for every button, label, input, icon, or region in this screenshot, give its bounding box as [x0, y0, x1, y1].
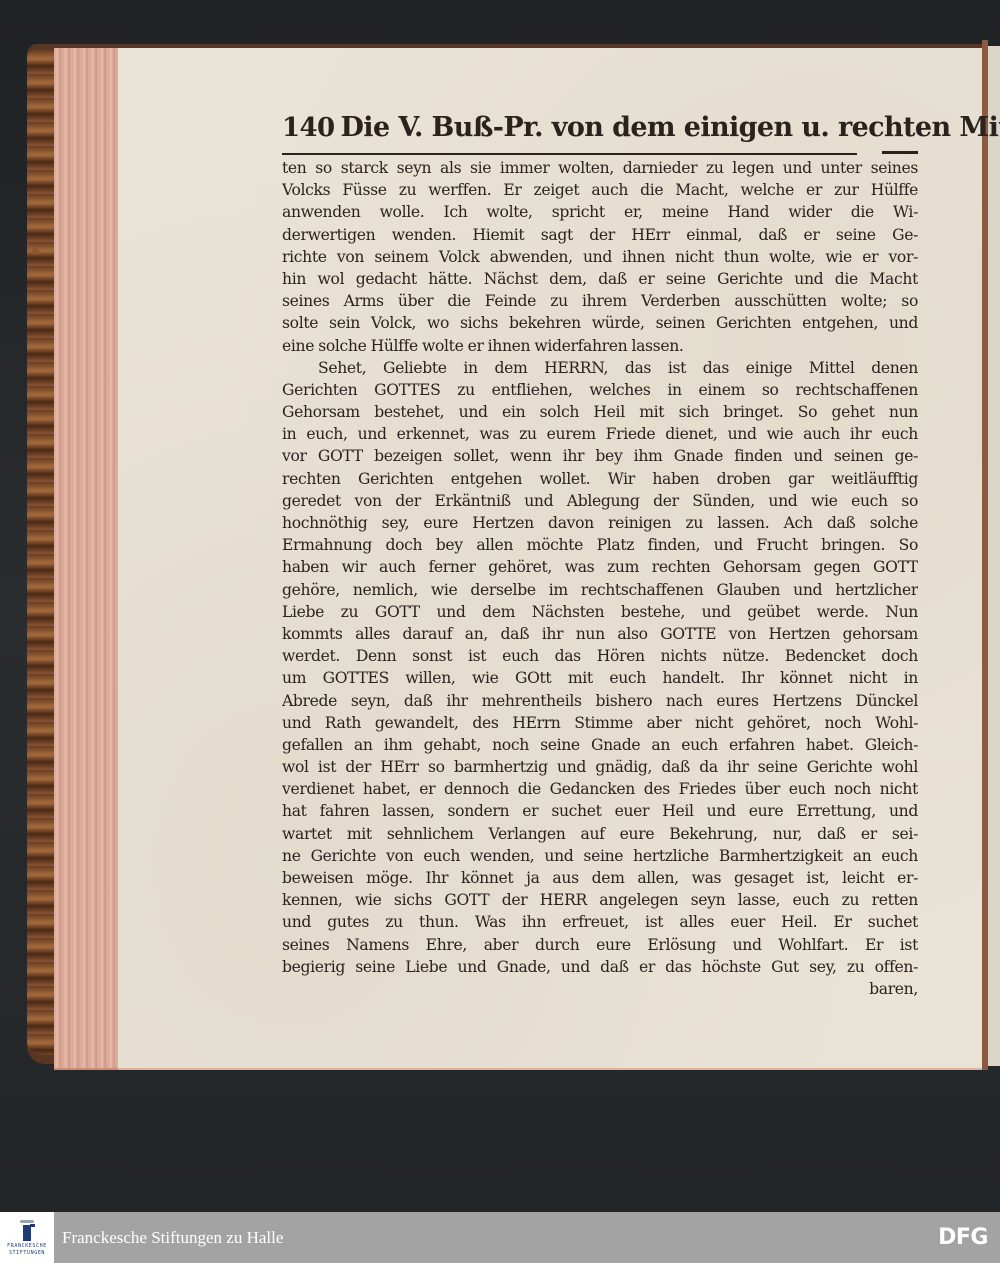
text-line: ten so starck seyn als sie immer wolten,… [282, 157, 918, 179]
franckesche-logo[interactable]: FRANCKESCHE STIFTUNGEN [0, 1212, 54, 1263]
statue-icon [18, 1220, 36, 1242]
body-text: ten so starck seyn als sie immer wolten,… [282, 157, 918, 1000]
text-line: kennen, wie sichs GOTT der HERR angelege… [282, 889, 918, 911]
text-line: wol ist der HErr so barmhertzig und gnäd… [282, 756, 918, 778]
text-line: in euch, und erkennet, was zu eurem Frie… [282, 423, 918, 445]
text-line: werdet. Denn sonst ist euch das Hören ni… [282, 645, 918, 667]
text-line: Abrede seyn, daß ihr mehrentheils bisher… [282, 690, 918, 712]
running-head: 140 Die V. Buß-Pr. von dem einigen u. re… [282, 108, 918, 148]
text-line: und Rath gewandelt, des HErrn Stimme abe… [282, 712, 918, 734]
text-line: Gehorsam bestehet, und ein solch Heil mi… [282, 401, 918, 423]
text-line: Liebe zu GOTT und dem Nächsten bestehe, … [282, 601, 918, 623]
text-line: gefallen an ihm gehabt, noch seine Gnade… [282, 734, 918, 756]
text-line: rechten Gerichten entgehen wollet. Wir h… [282, 468, 918, 490]
text-line: geredet von der Erkäntniß und Ablegung d… [282, 490, 918, 512]
text-line: Ermahnung doch bey allen möchte Platz fi… [282, 534, 918, 556]
text-line: anwenden wolle. Ich wolte, spricht er, m… [282, 201, 918, 223]
text-line: um GOTTES willen, wie GOtt mit euch hand… [282, 667, 918, 689]
logo-text-1: FRANCKESCHE [7, 1243, 47, 1249]
text-line: hochnöthig sey, eure Hertzen davon reini… [282, 512, 918, 534]
text-line: haben wir auch ferner gehöret, was zum r… [282, 556, 918, 578]
text-line: seines Namens Ehre, aber durch eure Erlö… [282, 934, 918, 956]
text-line: eine solche Hülffe wolte er ihnen widerf… [282, 335, 918, 357]
header-rule [282, 153, 857, 155]
header-rule-end [882, 151, 918, 154]
text-line: kommts alles darauf an, daß ihr nun also… [282, 623, 918, 645]
text-line: hin wol gedacht hätte. Nächst dem, daß e… [282, 268, 918, 290]
text-line: seines Arms über die Feinde zu ihrem Ver… [282, 290, 918, 312]
text-line: und gutes zu thun. Was ihn erfreuet, ist… [282, 911, 918, 933]
dfg-logo[interactable]: DFG [938, 1225, 988, 1250]
text-line: verdienet habet, er dennoch die Gedancke… [282, 778, 918, 800]
text-line: begierig seine Liebe und Gnade, und daß … [282, 956, 918, 978]
text-line: solte sein Volck, wo sichs bekehren würd… [282, 312, 918, 334]
text-line: wartet mit sehnlichem Verlangen auf eure… [282, 823, 918, 845]
page-text-block: 140 Die V. Buß-Pr. von dem einigen u. re… [282, 108, 918, 1000]
text-line: richte von seinem Volck abwenden, und ih… [282, 246, 918, 268]
text-line: hat fahren lassen, sondern er suchet eue… [282, 800, 918, 822]
page-number: 140 [282, 108, 334, 148]
institution-name[interactable]: Franckesche Stiftungen zu Halle [62, 1228, 283, 1248]
text-line: vor GOTT bezeigen sollet, wenn ihr bey i… [282, 445, 918, 467]
text-line: Volcks Füsse zu werffen. Er zeiget auch … [282, 179, 918, 201]
facing-page-edge [988, 46, 1000, 1066]
leather-binding-edge [27, 50, 55, 1055]
text-line: Gerichten GOTTES zu entfliehen, welches … [282, 379, 918, 401]
page-stack-edge [54, 48, 120, 1070]
text-line: derwertigen wenden. Hiemit sagt der HErr… [282, 224, 918, 246]
footer-bar: FRANCKESCHE STIFTUNGEN Franckesche Stift… [0, 1212, 1000, 1263]
text-line: baren, [282, 978, 918, 1000]
text-line: ne Gerichte von euch wenden, und seine h… [282, 845, 918, 867]
logo-text-2: STIFTUNGEN [9, 1250, 45, 1256]
text-line: beweisen möge. Ihr könnet ja aus dem all… [282, 867, 918, 889]
text-line: Sehet, Geliebte in dem HERRN, das ist da… [282, 357, 918, 379]
running-title: Die V. Buß-Pr. von dem einigen u. rechte… [340, 108, 1000, 148]
book-scan: 140 Die V. Buß-Pr. von dem einigen u. re… [0, 0, 1000, 1212]
text-line: gehöre, nemlich, wie derselbe im rechtsc… [282, 579, 918, 601]
